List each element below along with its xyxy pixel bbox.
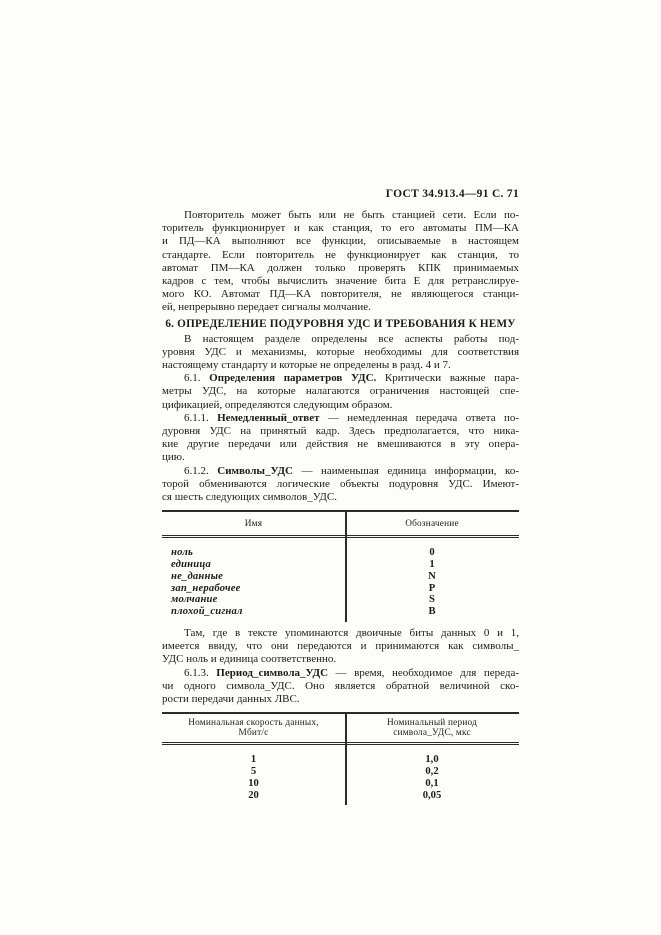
paragraph-6-1: 6.1. Определения параметров УДС. Критиче… [162,372,519,412]
table-row: зап_нерабочее P [162,583,519,595]
table-header-row: Имя Обозначение [162,512,519,538]
text-line: торитель функционирует и как станция, то… [162,222,519,235]
data-rate-cell: 1 [162,754,345,766]
text-line: настоящему стандарту и которые не опреде… [162,359,519,372]
text-line: торой обмениваются логические объекты по… [162,478,519,491]
page-content: ГОСТ 34.913.4—91 С. 71 Повторитель может… [162,188,519,810]
term-bold: Период_символа_УДС [216,667,328,679]
clause-number: 6.1.1. [184,412,217,424]
symbol-period-cell: 0,05 [345,790,519,802]
symbol-code-cell: P [345,583,519,595]
text-line: уровня УДС и механизмы, которые необходи… [162,346,519,359]
term-bold: Символы_УДС [217,465,293,477]
table-column-divider [345,512,347,622]
table-row: 10 0,1 [162,778,519,790]
text-line: В настоящем разделе определены все аспек… [162,333,519,346]
text-line: рости передачи данных ЛВС. [162,693,519,706]
text-line: кадров с тем, чтобы вычислить значение б… [162,275,519,288]
symbol-period-cell: 0,1 [345,778,519,790]
text-line: цию. [162,451,519,464]
text-line: ей, непрерывно передает сигналы молчание… [162,301,519,314]
line-rest: — немедленная передача ответа по- [320,412,520,424]
symbol-name-cell: единица [162,559,345,571]
data-rates-table: Номинальная скорость данных, Мбит/с Номи… [162,712,519,805]
table-header-row: Номинальная скорость данных, Мбит/с Номи… [162,714,519,745]
table-row: 5 0,2 [162,766,519,778]
text-line: мого КО. Автомат ПД—КА повторителя, не я… [162,288,519,301]
term-bold: Определения параметров УДС. [209,372,376,384]
data-rate-cell: 5 [162,766,345,778]
text-line: 6.1.2. Символы_УДС — наименьшая единица … [162,465,519,478]
table-row: 20 0,05 [162,790,519,802]
table-header-name: Имя [162,512,345,535]
symbol-name-cell: не_данные [162,571,345,583]
table-row: не_данные N [162,571,519,583]
text-line: Повторитель может быть или не быть станц… [162,209,519,222]
table-body: 1 1,0 5 0,2 10 0,1 20 0,05 [162,745,519,805]
symbol-period-cell: 0,2 [345,766,519,778]
clause-number: 6.1. [184,372,209,384]
data-rate-cell: 20 [162,790,345,802]
document-page: ГОСТ 34.913.4—91 С. 71 Повторитель может… [0,0,661,935]
table-header-data-rate: Номинальная скорость данных, Мбит/с [162,714,345,742]
text-line: имеется ввиду, что они передаются и прин… [162,640,519,653]
text-line: Там, где в тексте упоминаются двоичные б… [162,627,519,640]
text-line: ся шесть следующих символов_УДС. [162,491,519,504]
symbol-name-cell: ноль [162,547,345,559]
data-rate-cell: 10 [162,778,345,790]
symbol-code-cell: 0 [345,547,519,559]
text-line: автомат ПМ—КА должен только проверять КП… [162,262,519,275]
table-row: 1 1,0 [162,754,519,766]
line-rest: Критически важные пара- [376,372,519,384]
table-column-divider [345,714,347,805]
text-line: кие другие передачи или действия не вмеш… [162,438,519,451]
symbol-code-cell: B [345,606,519,618]
table-row: плохой_сигнал B [162,606,519,618]
symbol-code-cell: S [345,594,519,606]
symbol-name-cell: плохой_сигнал [162,606,345,618]
symbols-table: Имя Обозначение ноль 0 единица 1 не_данн… [162,510,519,622]
clause-number: 6.1.2. [184,465,217,477]
text-line: метры УДС, на которые налагаются огранич… [162,385,519,398]
text-line: чи одного символа_УДС. Оно является обра… [162,680,519,693]
table-row: единица 1 [162,559,519,571]
clause-number: 6.1.3. [184,667,216,679]
paragraph-binary-bits-note: Там, где в тексте упоминаются двоичные б… [162,627,519,667]
section-heading: 6. ОПРЕДЕЛЕНИЕ ПОДУРОВНЯ УДС И ТРЕБОВАНИ… [162,318,519,330]
paragraph-6-1-2: 6.1.2. Символы_УДС — наименьшая единица … [162,465,519,505]
symbol-name-cell: зап_нерабочее [162,583,345,595]
line-rest: — наименьшая единица информации, ко- [293,465,519,477]
paragraph-6-1-1: 6.1.1. Немедленный_ответ — немедленная п… [162,412,519,465]
table-header-designation: Обозначение [345,512,519,535]
symbol-period-cell: 1,0 [345,754,519,766]
term-bold: Немедленный_ответ [217,412,319,424]
text-line: УДС ноль и единица соответственно. [162,653,519,666]
table-body: ноль 0 единица 1 не_данные N зап_нерабоч… [162,538,519,622]
text-line: стандарте. Если повторитель не функциони… [162,249,519,262]
text-line: и ПД—КА выполняют все функции, описываем… [162,235,519,248]
paragraph-repeater-intro: Повторитель может быть или не быть станц… [162,209,519,315]
paragraph-6-1-3: 6.1.3. Период_символа_УДС — время, необх… [162,667,519,707]
symbol-code-cell: 1 [345,559,519,571]
symbol-code-cell: N [345,571,519,583]
text-line: 6.1.3. Период_символа_УДС — время, необх… [162,667,519,680]
text-line: дуровня УДС на принятый кадр. Здесь пред… [162,425,519,438]
text-line: 6.1.1. Немедленный_ответ — немедленная п… [162,412,519,425]
paragraph-section-overview: В настоящем разделе определены все аспек… [162,333,519,373]
line-rest: — время, необходимое для переда- [328,667,519,679]
text-line: цификацией, определяются следующим образ… [162,399,519,412]
text-line: 6.1. Определения параметров УДС. Критиче… [162,372,519,385]
table-header-symbol-period: Номинальный период символа_УДС, мкс [345,714,519,742]
table-row: ноль 0 [162,547,519,559]
table-row: молчание S [162,594,519,606]
symbol-name-cell: молчание [162,594,345,606]
page-header-standard-ref: ГОСТ 34.913.4—91 С. 71 [162,188,519,200]
